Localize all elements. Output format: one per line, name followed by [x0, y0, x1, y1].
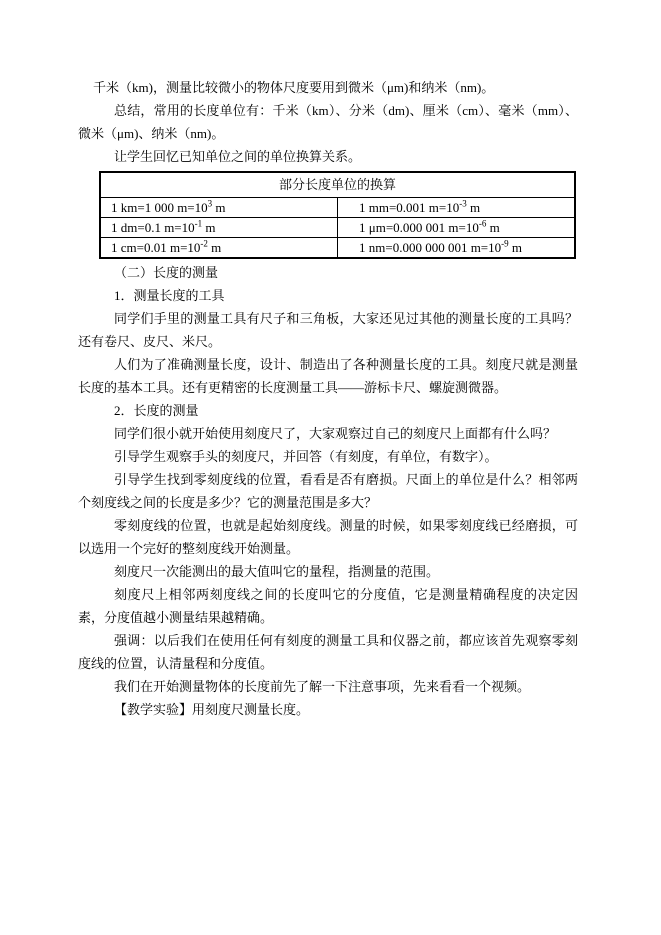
paragraph-units-summary: 总结，常用的长度单位有：千米（km）、分米（dm)、厘米（cm）、毫米（mm）、… [78, 99, 578, 145]
paragraph-recall-conversion: 让学生回忆已知单位之间的单位换算关系。 [78, 145, 578, 168]
cell-nm: 1 nm=0.000 000 001 m=10-9 m [338, 238, 576, 259]
heading-length-measuring: 2．长度的测量 [78, 399, 578, 422]
paragraph-teaching-experiment: 【教学实验】用刻度尺测量长度。 [78, 698, 578, 721]
paragraph-precision-tools: 人们为了准确测量长度，设计、制造出了各种测量长度的工具。刻度尺就是测量长度的基本… [78, 353, 578, 399]
document-content: 千米（km)，测量比较微小的物体尺度要用到微米（μm)和纳米（nm)。 总结，常… [78, 76, 578, 721]
paragraph-emphasis: 强调：以后我们在使用任何有刻度的测量工具和仪器之前，都应该首先观察零刻度线的位置… [78, 629, 578, 675]
paragraph-zero-line-explain: 零刻度线的位置，也就是起始刻度线。测量的时候，如果零刻度线已经磨损，可以选用一个… [78, 514, 578, 560]
paragraph-observe-ruler: 引导学生观察手头的刻度尺，并回答（有刻度，有单位，有数字）。 [78, 445, 578, 468]
document-page: 千米（km)，测量比较微小的物体尺度要用到微米（μm)和纳米（nm)。 总结，常… [0, 0, 661, 935]
paragraph-units-intro: 千米（km)，测量比较微小的物体尺度要用到微米（μm)和纳米（nm)。 [78, 76, 578, 99]
cell-km: 1 km=1 000 m=103 m [100, 198, 338, 218]
heading-length-measurement: （二）长度的测量 [78, 261, 578, 284]
paragraph-student-tools: 同学们手里的测量工具有尺子和三角板，大家还见过其他的测量长度的工具吗？还有卷尺、… [78, 307, 578, 353]
table-row: 1 km=1 000 m=103 m 1 mm=0.001 m=10-3 m [100, 198, 575, 218]
cell-dm: 1 dm=0.1 m=10-1 m [100, 218, 338, 238]
paragraph-zero-line-questions: 引导学生找到零刻度线的位置，看看是否有磨损。尺面上的单位是什么？相邻两个刻度线之… [78, 468, 578, 514]
paragraph-video-intro: 我们在开始测量物体的长度前先了解一下注意事项，先来看看一个视频。 [78, 675, 578, 698]
table-row: 1 dm=0.1 m=10-1 m 1 μm=0.000 001 m=10-6 … [100, 218, 575, 238]
table-row: 1 cm=0.01 m=10-2 m 1 nm=0.000 000 001 m=… [100, 238, 575, 259]
table-title-row: 部分长度单位的换算 [100, 172, 575, 198]
heading-measuring-tools: 1．测量长度的工具 [78, 284, 578, 307]
paragraph-ruler-question: 同学们很小就开始使用刻度尺了，大家观察过自己的刻度尺上面都有什么吗？ [78, 422, 578, 445]
paragraph-range-definition: 刻度尺一次能测出的最大值叫它的量程，指测量的范围。 [78, 560, 578, 583]
cell-mm: 1 mm=0.001 m=10-3 m [338, 198, 576, 218]
unit-conversion-table: 部分长度单位的换算 1 km=1 000 m=103 m 1 mm=0.001 … [99, 171, 576, 259]
cell-um: 1 μm=0.000 001 m=10-6 m [338, 218, 576, 238]
table-title: 部分长度单位的换算 [100, 172, 575, 198]
cell-cm: 1 cm=0.01 m=10-2 m [100, 238, 338, 259]
paragraph-division-value: 刻度尺上相邻两刻度线之间的长度叫它的分度值，它是测量精确程度的决定因素，分度值越… [78, 583, 578, 629]
